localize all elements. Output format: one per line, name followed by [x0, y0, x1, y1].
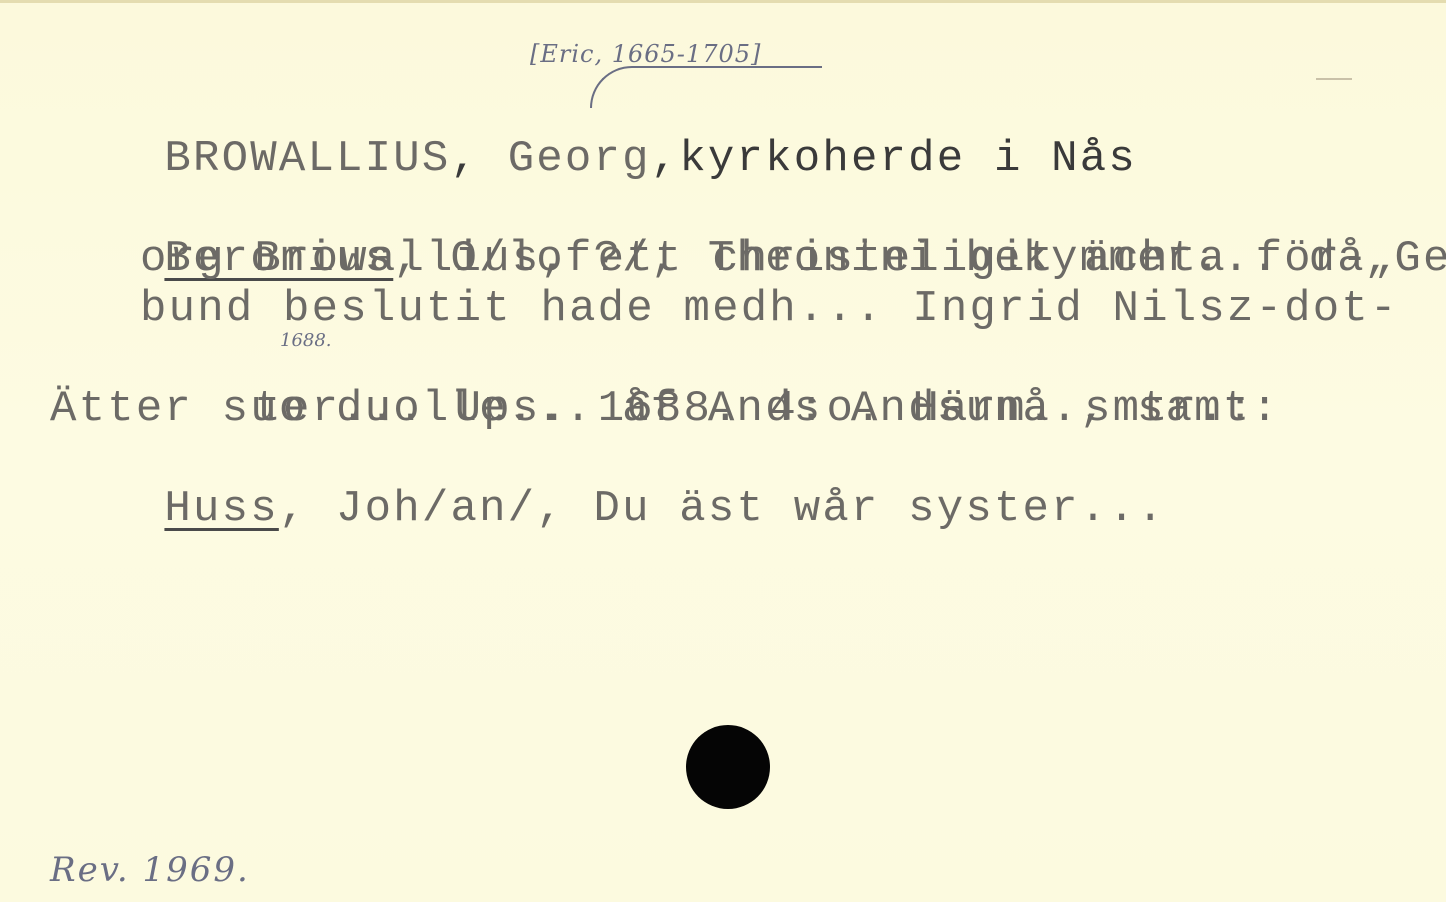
heading-title: ,kyrkoherde i Nås	[651, 134, 1137, 184]
catalog-card: [Eric, 1665-1705] BROWALLIUS, Georg,kyrk…	[0, 0, 1446, 902]
heading-given-name: Georg	[508, 134, 651, 184]
revision-annotation: Rev. 1969.	[50, 850, 250, 890]
handwritten-name-dates: [Eric, 1665-1705]	[530, 40, 761, 68]
card-top-edge	[0, 0, 1446, 3]
heading-surname: BROWALLIUS	[164, 134, 450, 184]
entry-line-5: Ätter suo duolle... åf Ands Andsunå., sa…	[50, 384, 1280, 434]
entry-line-2: org Browallius, ett christeligit ächta f…	[140, 234, 1370, 284]
faint-mark	[1316, 78, 1352, 80]
entry-line-3: bund beslutit hade medh... Ingrid Nilsz-…	[140, 284, 1399, 334]
punch-hole	[686, 725, 770, 809]
entry-line-6: Huss, Joh/an/, Du äst wår syster...	[50, 434, 1166, 584]
author-huss: Huss	[164, 484, 278, 534]
handwritten-year-insert: 1688.	[280, 330, 332, 351]
